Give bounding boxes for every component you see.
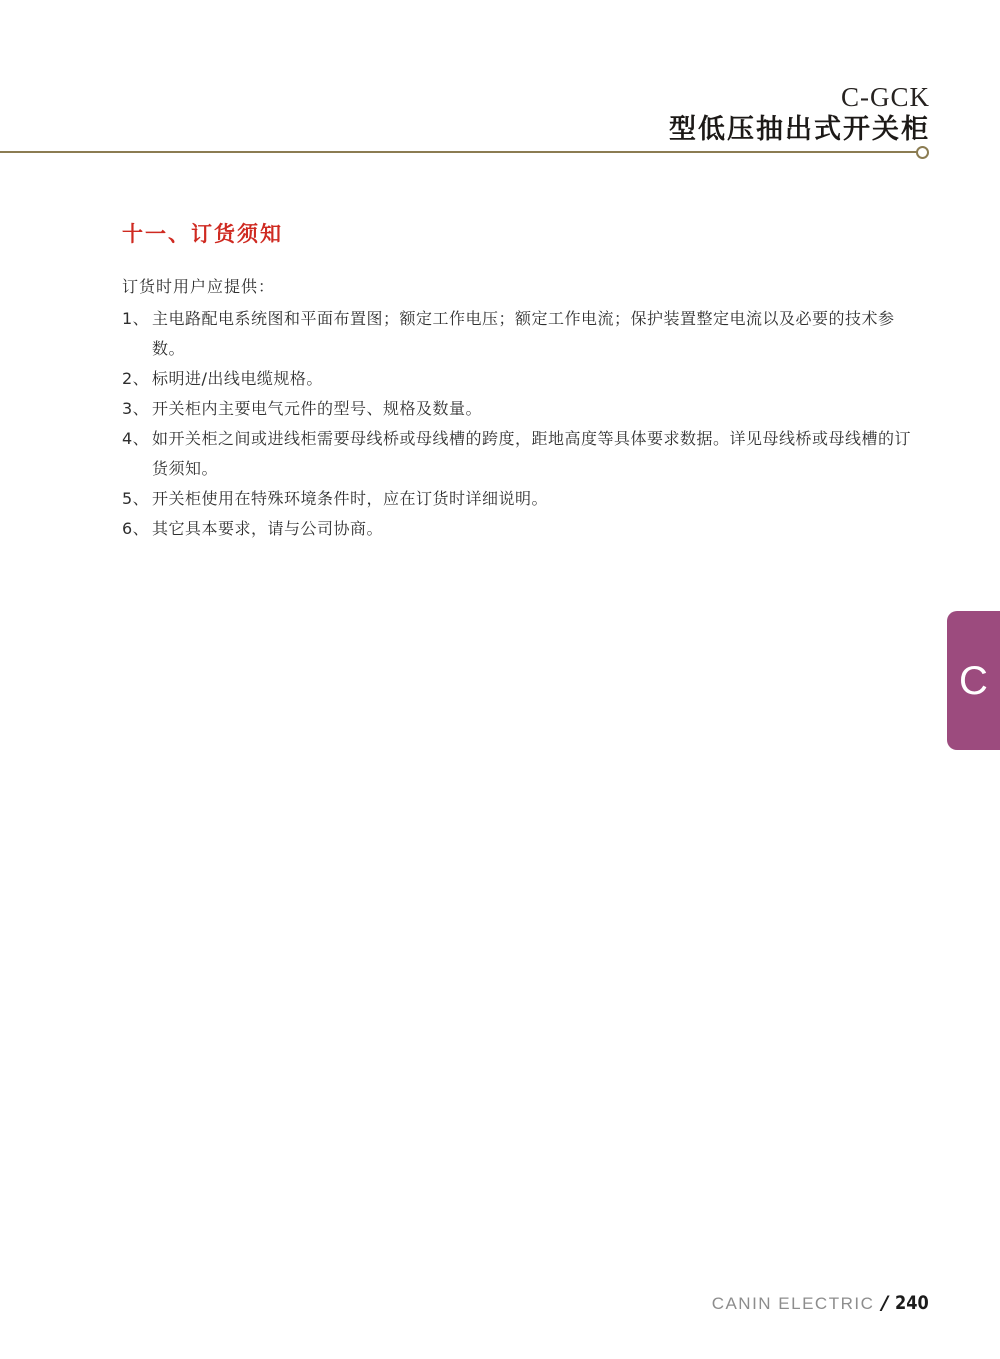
product-title: 型低压抽出式开关柜 [669,112,930,148]
item-text: 如开关柜之间或进线柜需要母线桥或母线槽的跨度，距地高度等具体要求数据。详见母线桥… [152,424,916,484]
page-footer: CANIN ELECTRIC / 240 [712,1292,935,1314]
order-notes-list: 1、 主电路配电系统图和平面布置图；额定工作电压；额定工作电流；保护装置整定电流… [122,304,916,544]
list-item: 4、 如开关柜之间或进线柜需要母线桥或母线槽的跨度，距地高度等具体要求数据。详见… [122,424,916,484]
item-marker: 2、 [122,364,152,394]
list-item: 3、 开关柜内主要电气元件的型号、规格及数量。 [122,394,916,424]
item-marker: 5、 [122,484,152,514]
page-header: C-GCK 型低压抽出式开关柜 [669,82,930,148]
item-text: 开关柜使用在特殊环境条件时，应在订货时详细说明。 [152,484,916,514]
item-marker: 4、 [122,424,152,454]
footer-brand: CANIN ELECTRIC [712,1294,875,1314]
item-text: 标明进/出线电缆规格。 [152,364,916,394]
footer-page-number: 240 [895,1292,929,1314]
model-code: C-GCK [669,82,930,112]
list-item: 2、 标明进/出线电缆规格。 [122,364,916,394]
list-item: 1、 主电路配电系统图和平面布置图；额定工作电压；额定工作电流；保护装置整定电流… [122,304,916,364]
list-item: 5、 开关柜使用在特殊环境条件时，应在订货时详细说明。 [122,484,916,514]
intro-text: 订货时用户应提供： [122,274,275,297]
catalog-page: C-GCK 型低压抽出式开关柜 十一、订货须知 订货时用户应提供： 1、 主电路… [0,0,1000,1359]
item-text: 主电路配电系统图和平面布置图；额定工作电压；额定工作电流；保护装置整定电流以及必… [152,304,916,364]
item-marker: 1、 [122,304,152,334]
chapter-tab-c: C [947,611,1000,750]
section-heading: 十一、订货须知 [122,218,283,248]
chapter-tab-label: C [959,661,988,701]
header-rule [0,151,918,153]
item-text: 其它具本要求，请与公司协商。 [152,514,916,544]
item-marker: 3、 [122,394,152,424]
item-text: 开关柜内主要电气元件的型号、规格及数量。 [152,394,916,424]
item-marker: 6、 [122,514,152,544]
header-rule-ring-icon [916,146,929,159]
footer-separator: / [881,1292,888,1314]
list-item: 6、 其它具本要求，请与公司协商。 [122,514,916,544]
